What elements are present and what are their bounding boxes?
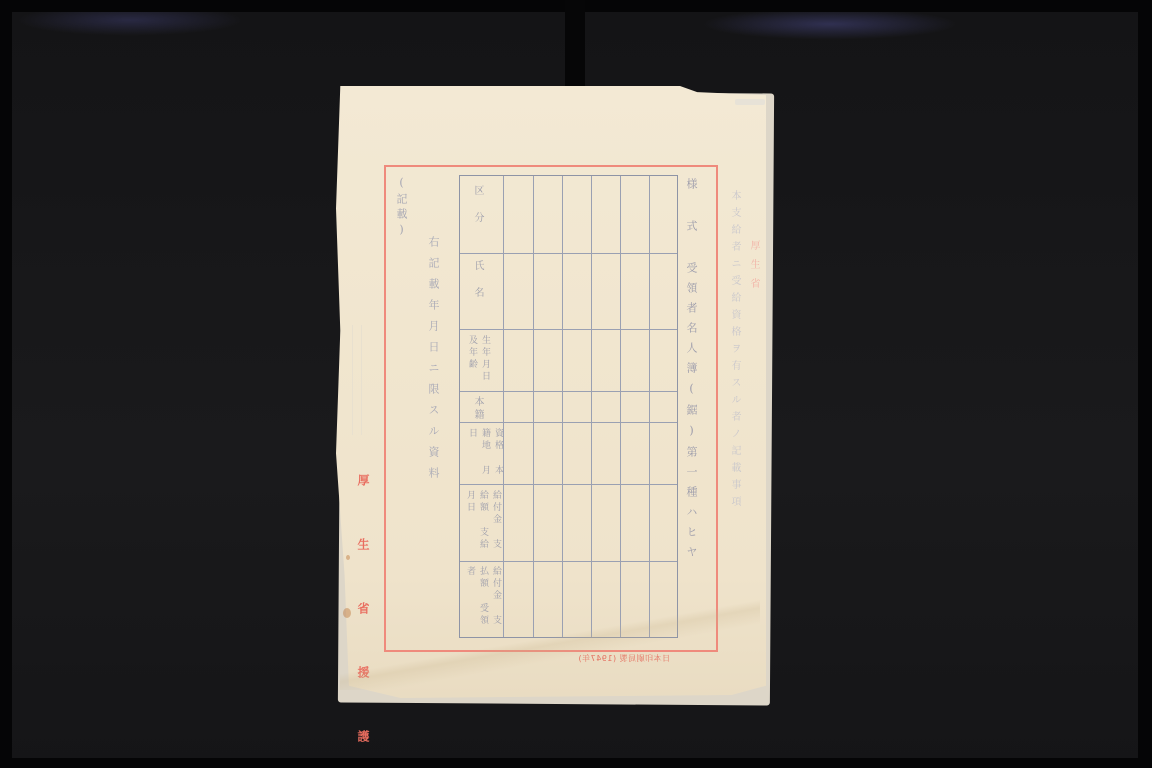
printer-imprint: 日本印刷局製 (1947年)	[578, 653, 670, 664]
row-header-category: 区 分	[470, 185, 485, 255]
table-col-divider	[533, 176, 534, 637]
table-col-divider	[620, 176, 621, 637]
frame-bottom-edge	[0, 758, 1152, 768]
row-header-domicile: 本籍	[470, 396, 485, 424]
bleed-through-text: 本支給者ニ受給資格ヲ有スル者ノ記載事項	[727, 190, 742, 513]
table-col-divider	[649, 176, 650, 637]
table-row-divider	[460, 329, 677, 330]
paper-stain	[343, 608, 351, 618]
note-text: 右記載年月日ニ限スル資料	[425, 236, 441, 488]
table-col-divider	[591, 176, 592, 637]
row-header-recipient: 給付金 支払額 受領者	[464, 566, 503, 636]
paper-stain	[346, 555, 350, 560]
form-title: 様 式 受領者名人簿(鋸)第一種ハヒヤ	[683, 178, 699, 566]
red-issuer-stamp: 厚 生 省 援 護	[355, 474, 372, 761]
frame-right-edge	[1138, 0, 1152, 768]
binding-thread	[352, 325, 362, 435]
table-row-divider	[460, 561, 677, 562]
row-header-birthdate: 生年月日 及年齢	[466, 335, 492, 385]
row-header-qualification: 資格 本籍地 月日	[466, 428, 505, 483]
table-row-divider	[460, 253, 677, 254]
table-col-divider	[562, 176, 563, 637]
note-label: (記載)	[393, 176, 409, 240]
table-row-divider	[460, 422, 677, 423]
table-col-divider	[503, 176, 504, 637]
bleed-through-red-text: 厚生省	[746, 240, 761, 297]
row-header-name: 氏 名	[470, 260, 485, 330]
torn-corner	[735, 99, 765, 105]
frame-left-edge	[0, 0, 12, 768]
row-header-payment-amount: 給付金 支給額 支給月日	[464, 490, 503, 560]
table-row-divider	[460, 484, 677, 485]
table-row-divider	[460, 391, 677, 392]
